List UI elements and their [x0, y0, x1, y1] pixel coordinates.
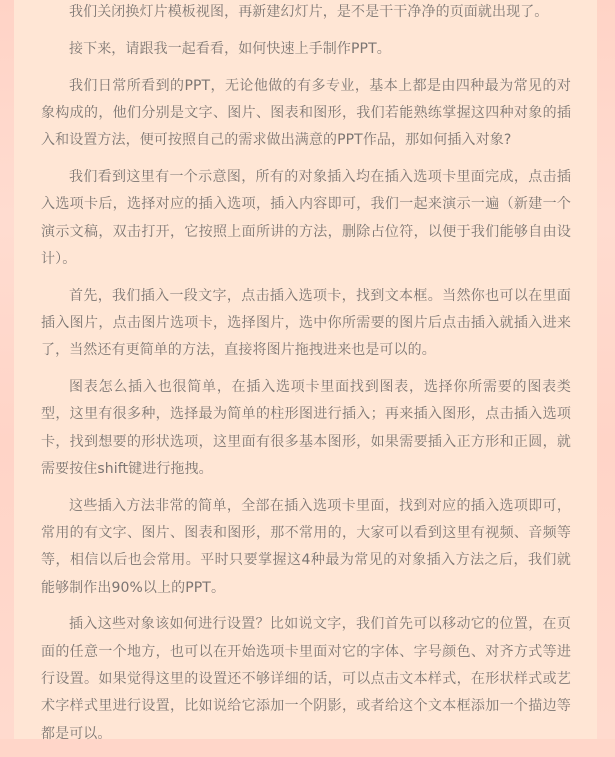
paragraph-8: 插入这些对象该如何进行设置？比如说文字，我们首先可以移动它的位置，在页面的任意一… [41, 611, 571, 739]
paragraph-4: 我们看到这里有一个示意图，所有的对象插入均在插入选项卡里面完成，点击插入选项卡后… [41, 164, 571, 273]
paragraph-7: 这些插入方法非常的简单，全部在插入选项卡里面，找到对应的插入选项即可，常用的有文… [41, 493, 571, 602]
paragraph-6: 图表怎么插入也很简单，在插入选项卡里面找到图表，选择你所需要的图表类型，这里有很… [41, 374, 571, 483]
paragraph-2: 接下来，请跟我一起看看，如何快速上手制作PPT。 [41, 36, 571, 63]
paragraph-3: 我们日常所看到的PPT，无论他做的有多专业，基本上都是由四种最为常见的对象构成的… [41, 73, 571, 155]
article-body: 我们关闭换灯片模板视图，再新建幻灯片，是不是干干净净的页面就出现了。 接下来，请… [41, 0, 571, 739]
paragraph-1: 我们关闭换灯片模板视图，再新建幻灯片，是不是干干净净的页面就出现了。 [41, 0, 571, 26]
paragraph-5: 首先，我们插入一段文字，点击插入选项卡，找到文本框。当然你也可以在里面插入图片，… [41, 283, 571, 365]
